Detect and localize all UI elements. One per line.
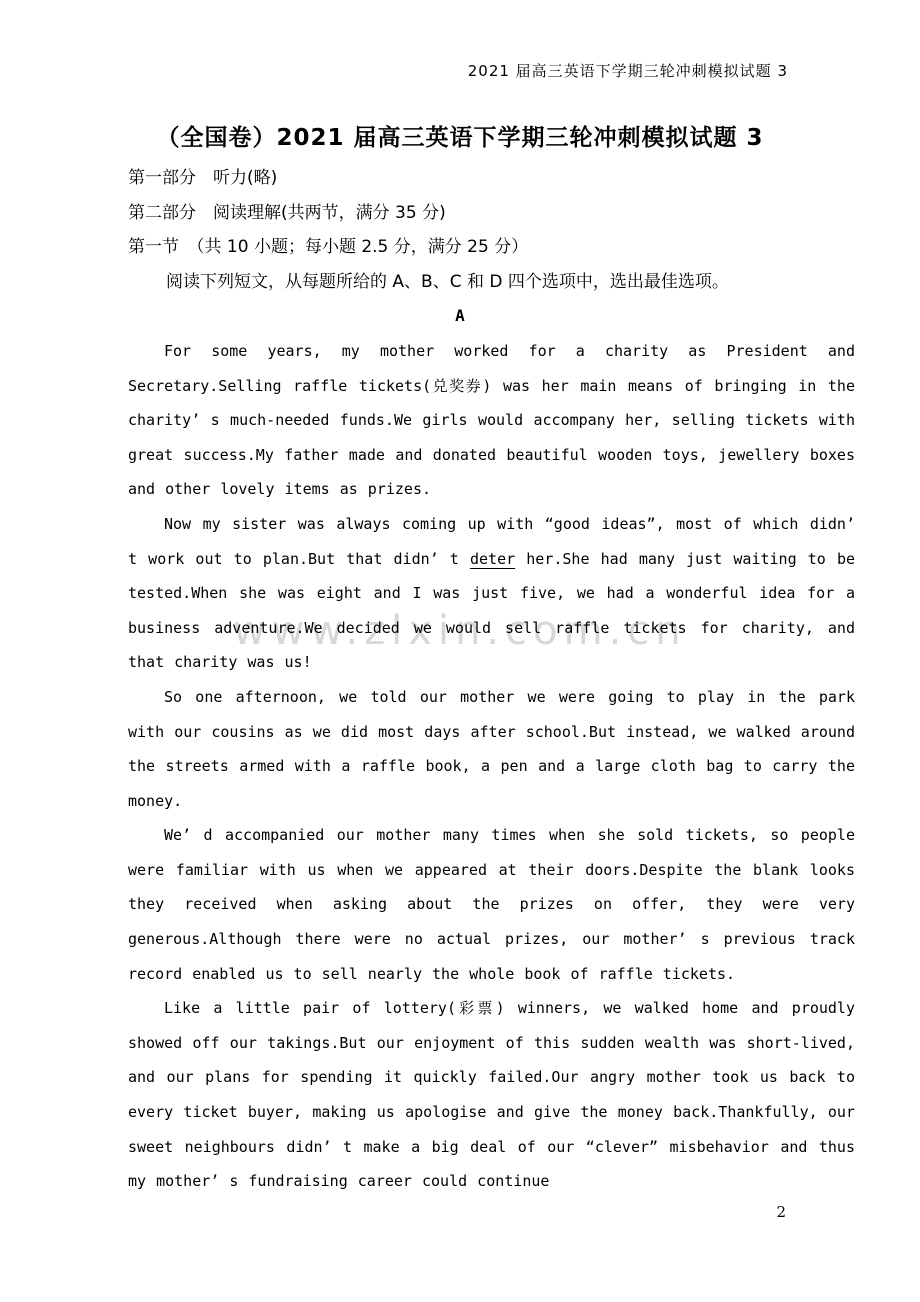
passage-paragraph-1: For some years, my mother worked for a c… (128, 334, 855, 507)
underlined-word-deter: deter (470, 550, 515, 568)
passage-label-a: A (0, 299, 920, 334)
passage-paragraph-3: So one afternoon, we told our mother we … (128, 680, 855, 818)
part2-heading: 第二部分 阅读理解(共两节，满分 35 分) (128, 196, 855, 231)
reading-instruction: 阅读下列短文，从每题所给的 A、B、C 和 D 四个选项中，选出最佳选项。 (128, 265, 855, 300)
part1-heading: 第一部分 听力(略) (128, 161, 855, 196)
section1-heading: 第一节 （共 10 小题；每小题 2.5 分，满分 25 分） (128, 230, 855, 265)
running-header: 2021 届高三英语下学期三轮冲刺模拟试题 3 (0, 0, 920, 81)
document-title: （全国卷）2021 届高三英语下学期三轮冲刺模拟试题 3 (0, 119, 920, 152)
document-page: www.zlxin.com.cn 2021 届高三英语下学期三轮冲刺模拟试题 3… (0, 0, 920, 1302)
passage-paragraph-5: Like a little pair of lottery(彩票) winner… (128, 991, 855, 1199)
passage-paragraph-2: Now my sister was always coming up with … (128, 507, 855, 680)
passage-paragraph-4: We’ d accompanied our mother many times … (128, 818, 855, 991)
page-number: 2 (776, 1203, 786, 1221)
document-body: 第一部分 听力(略) 第二部分 阅读理解(共两节，满分 35 分) 第一节 （共… (128, 161, 855, 1199)
